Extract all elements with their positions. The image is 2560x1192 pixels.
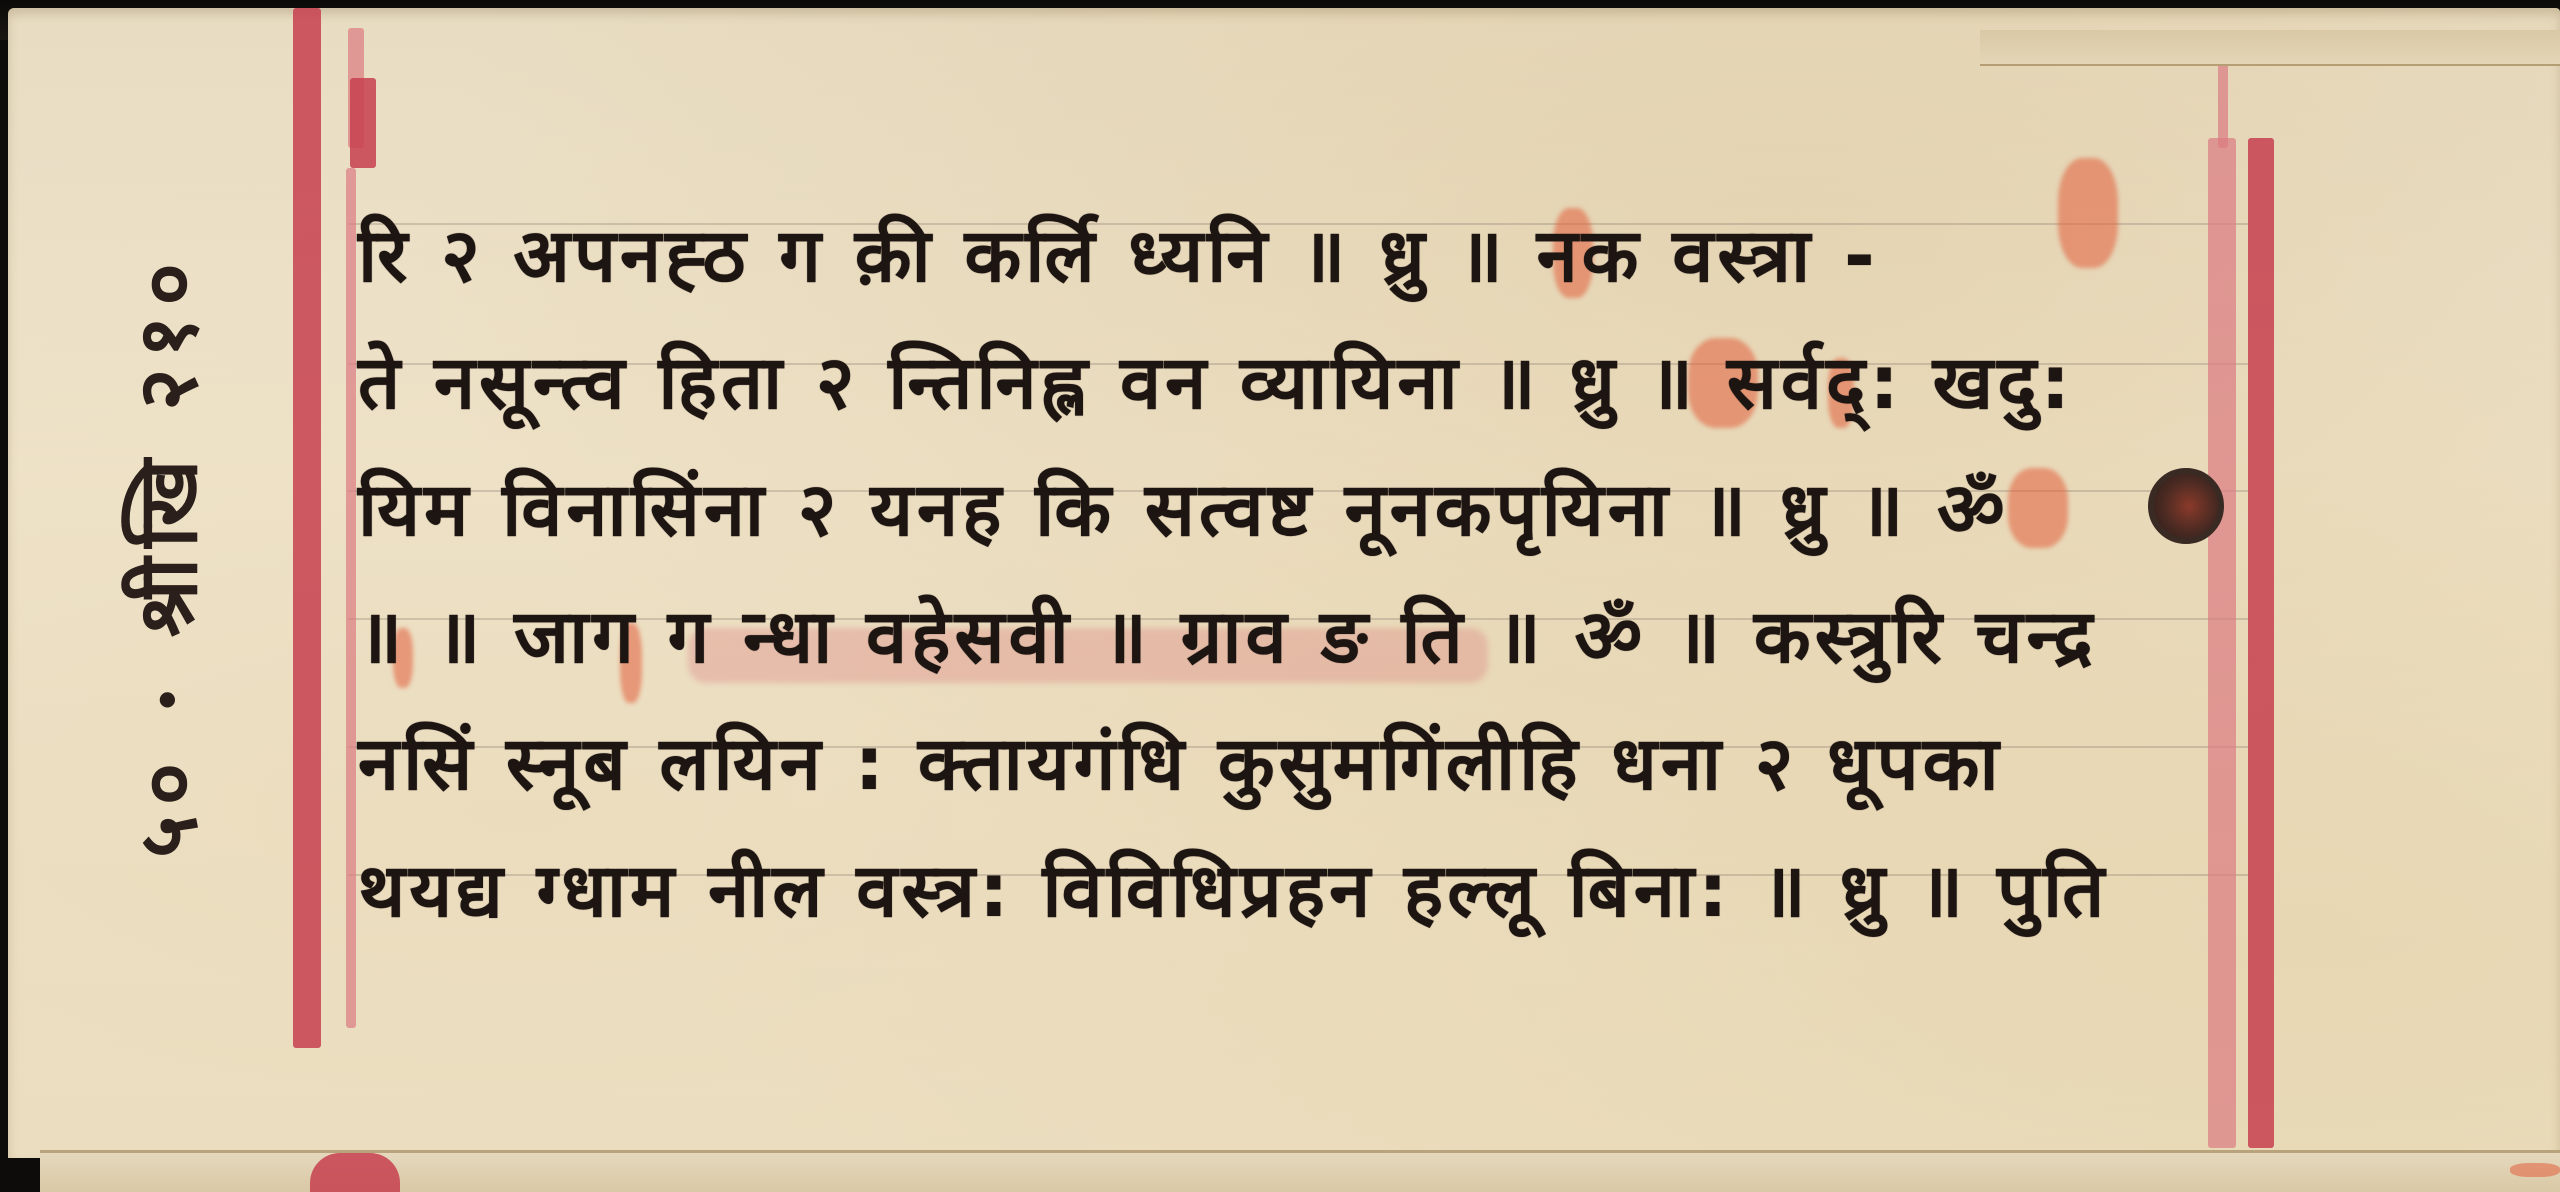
text-line-3: यिम विनासिंना २ यनह कि सत्वष्ट नूनकपृयिन… xyxy=(358,447,2238,574)
left-margin-rule-inner xyxy=(346,168,356,1028)
text-line-1: रि २ अपनह्ठ ग क़ी कर्लि ध्यनि ॥ ध्रु ॥ न… xyxy=(358,193,2238,320)
underlying-red-mark xyxy=(310,1153,400,1192)
text-line-6: थयद्य ग्धाम नील वस्त्र: विविधिप्रहन हल्ल… xyxy=(358,828,2238,955)
right-margin-rule-inner xyxy=(2248,138,2274,1148)
left-margin-rule-outer xyxy=(293,8,321,1048)
margin-annotation-text: ५० · श्रीखि २१० xyxy=(103,38,233,858)
underlying-orange-mark xyxy=(2510,1163,2560,1177)
left-margin-rule-inner xyxy=(350,78,376,168)
text-line-5: नसिं स्नूब लयिन : क्तायगंधि कुसुमगिंलीहि… xyxy=(358,701,2238,828)
folio-number-annotation: ५० · श्रीखि २१० xyxy=(103,38,233,858)
manuscript-folio: ५० · श्रीखि २१० रि २ अपनह्ठ ग क़ी कर्लि … xyxy=(8,8,2560,1158)
text-line-2: ते नसून्त्व हिता २ न्तिनिह्ल वन व्यायिना… xyxy=(358,320,2238,447)
text-line-4: ॥ ॥ जाग ग न्धा वहेसवी ॥ ग्राव ङ ति ॥ ॐ ॥… xyxy=(358,574,2238,701)
manuscript-text-block: रि २ अपनह्ठ ग क़ी कर्लि ध्यनि ॥ ध्रु ॥ न… xyxy=(358,193,2238,955)
right-margin-rule-top xyxy=(2218,58,2228,148)
folio-top-edge xyxy=(1980,30,2560,66)
underlying-folio-edge xyxy=(40,1150,2560,1192)
